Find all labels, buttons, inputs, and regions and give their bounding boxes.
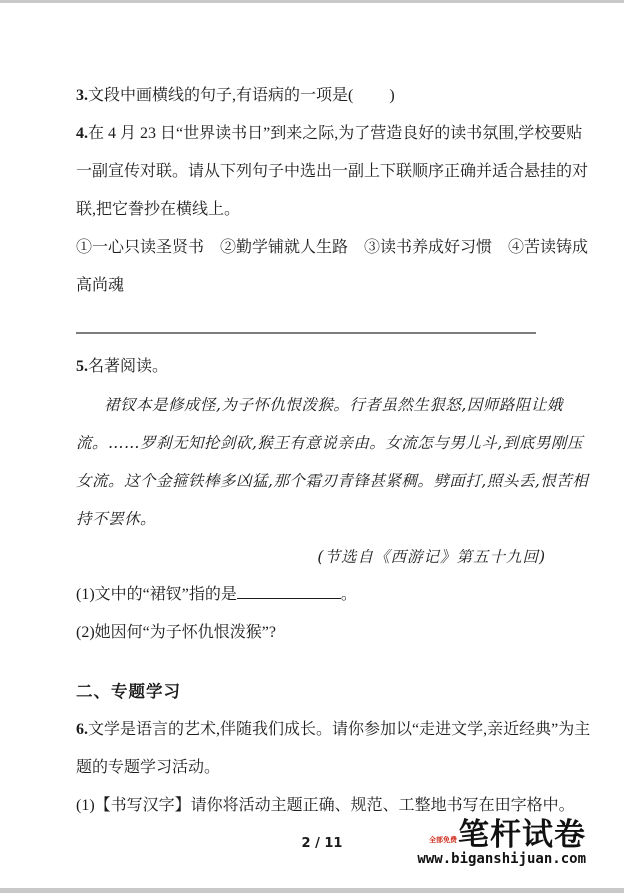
question-4-number: 4. bbox=[76, 125, 88, 142]
question-5-sub-1-text: (1)文中的“裙钗”指的是 bbox=[76, 586, 237, 603]
question-5-sub-1: (1)文中的“裙钗”指的是。 bbox=[76, 576, 546, 614]
question-6-line-2: 题的专题学习活动。 bbox=[76, 749, 546, 787]
poem-text-3: 女流。这个金箍铁棒多凶猛,那个霜刃青锋甚紧稠。劈面打,照头丢,恨苦相 bbox=[76, 472, 588, 490]
section-2-heading: 二、专题学习 bbox=[76, 673, 546, 711]
logo-free-badge: 全部免费 bbox=[429, 837, 457, 845]
question-5-sub-2-text: (2)她因何“为子怀仇恨泼猴”? bbox=[76, 624, 276, 641]
question-4-options-line-1: ①一心只读圣贤书 ②勤学铺就人生路 ③读书养成好习惯 ④苦读铸成 bbox=[76, 229, 546, 267]
question-4-line-3: 联,把它誊抄在横线上。 bbox=[76, 191, 546, 229]
fill-in-blank-underline bbox=[237, 582, 341, 599]
poem-text-4: 持不罢休。 bbox=[76, 510, 156, 528]
question-4-options: ①一心只读圣贤书 ②勤学铺就人生路 ③读书养成好习惯 ④苦读铸成 bbox=[76, 239, 588, 256]
question-4-options-line-2: 高尚魂 bbox=[76, 267, 546, 305]
poem-text-2: 流。……罗刹无知抡剑砍,猴王有意说亲由。女流怎与男儿斗,到底男刚压 bbox=[76, 434, 583, 452]
question-4-line-1: 4.在 4 月 23 日“世界读书日”到来之际,为了营造良好的读书氛围,学校要贴 bbox=[76, 115, 546, 153]
question-3-paren-close: ) bbox=[389, 87, 394, 104]
logo-website-url: www.biganshijuan.com bbox=[417, 851, 586, 867]
poem-line-4: 持不罢休。 bbox=[76, 500, 546, 538]
poem-source-attribution: (节选自《西游记》第五十九回) bbox=[76, 538, 546, 576]
poem-source-text: (节选自《西游记》第五十九回) bbox=[317, 548, 546, 566]
question-6-sub-1-text: (1)【书写汉字】请你将活动主题正确、规范、工整地书写在田字格中。 bbox=[76, 797, 575, 814]
biganshijuan-logo: 全部免费 笔杆试卷 www.biganshijuan.com bbox=[417, 819, 586, 867]
question-4-answer-line bbox=[76, 332, 536, 334]
question-6-text-1: 文学是语言的艺术,伴随我们成长。请你参加以“走进文学,亲近经典”为主 bbox=[88, 721, 590, 738]
question-5-number: 5. bbox=[76, 358, 88, 375]
exam-paper-page: 3.文段中画横线的句子,有语病的一项是() 4.在 4 月 23 日“世界读书日… bbox=[0, 0, 624, 893]
poem-line-1: 裙钗本是修成怪,为子怀仇恨泼猴。行者虽然生狠怒,因师路阻让娥 bbox=[76, 386, 546, 424]
poem-text-1: 裙钗本是修成怪,为子怀仇恨泼猴。行者虽然生狠怒,因师路阻让娥 bbox=[104, 396, 563, 414]
section-2-heading-text: 二、专题学习 bbox=[76, 683, 181, 701]
question-5-title-line: 5.名著阅读。 bbox=[76, 348, 546, 386]
document-content: 3.文段中画横线的句子,有语病的一项是() 4.在 4 月 23 日“世界读书日… bbox=[76, 77, 546, 825]
page-bottom-edge bbox=[0, 888, 624, 893]
question-6-line-1: 6.文学是语言的艺术,伴随我们成长。请你参加以“走进文学,亲近经典”为主 bbox=[76, 711, 546, 749]
question-3-text: 文段中画横线的句子,有语病的一项是( bbox=[88, 87, 353, 104]
question-6-number: 6. bbox=[76, 721, 88, 738]
question-4-text-3: 联,把它誊抄在横线上。 bbox=[76, 201, 240, 218]
question-5-title: 名著阅读。 bbox=[88, 358, 168, 375]
question-3: 3.文段中画横线的句子,有语病的一项是() bbox=[76, 77, 546, 115]
page-top-edge bbox=[0, 0, 624, 3]
question-5-sub-1-period: 。 bbox=[341, 586, 357, 603]
logo-title-row: 全部免费 笔杆试卷 bbox=[417, 819, 586, 850]
question-4-text-2: 一副宣传对联。请从下列句子中选出一副上下联顺序正确并适合悬挂的对 bbox=[76, 163, 588, 180]
poem-line-2: 流。……罗刹无知抡剑砍,猴王有意说亲由。女流怎与男儿斗,到底男刚压 bbox=[76, 424, 546, 462]
question-5-sub-2: (2)她因何“为子怀仇恨泼猴”? bbox=[76, 614, 546, 652]
question-4-line-2: 一副宣传对联。请从下列句子中选出一副上下联顺序正确并适合悬挂的对 bbox=[76, 153, 546, 191]
logo-title-text: 笔杆试卷 bbox=[458, 819, 586, 850]
question-4-options-cont: 高尚魂 bbox=[76, 277, 124, 294]
question-4-text-1: 在 4 月 23 日“世界读书日”到来之际,为了营造良好的读书氛围,学校要贴 bbox=[88, 125, 582, 142]
poem-line-3: 女流。这个金箍铁棒多凶猛,那个霜刃青锋甚紧稠。劈面打,照头丢,恨苦相 bbox=[76, 462, 546, 500]
question-6-text-2: 题的专题学习活动。 bbox=[76, 759, 220, 776]
question-3-number: 3. bbox=[76, 87, 88, 104]
